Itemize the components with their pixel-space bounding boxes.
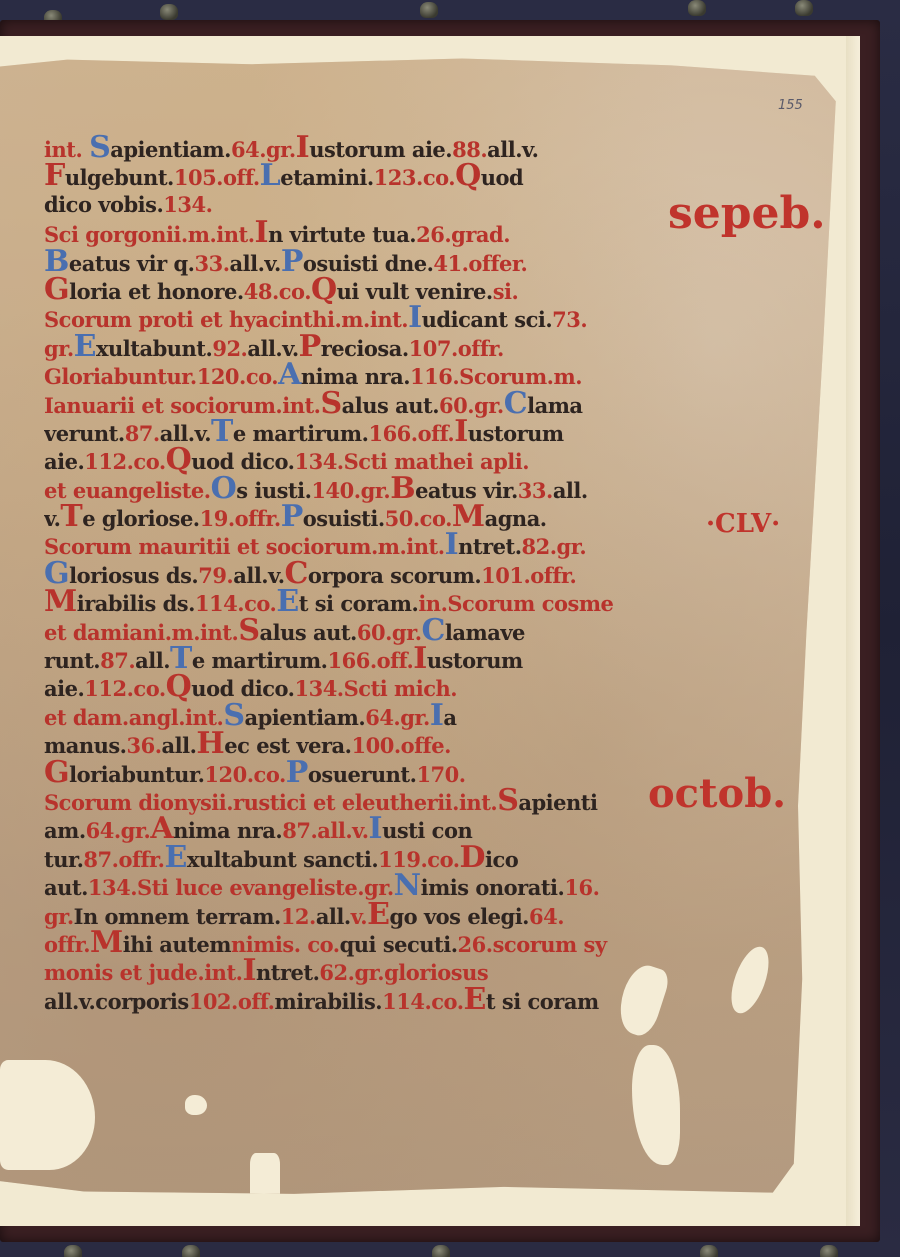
chant-text: t si coram.: [299, 591, 419, 616]
rubric-text: offr.: [44, 932, 90, 957]
manuscript-line: int. Sapientiam.64.gr.Iustorum aie.88.al…: [44, 134, 664, 162]
chant-text: lamave: [445, 620, 525, 645]
red-initial: I: [242, 957, 256, 985]
rubric-text: 41.offer.: [433, 251, 527, 276]
red-initial: M: [90, 929, 123, 957]
rubric-text: 107.offr.: [409, 336, 504, 361]
chant-text: reciosa.: [321, 336, 409, 361]
pin-icon: [420, 2, 438, 18]
manuscript-line: Gloriabuntur.120.co.Posuerunt.170.: [44, 759, 664, 787]
chant-text: all.: [135, 648, 170, 673]
red-initial: I: [255, 219, 269, 247]
blue-initial: P: [281, 248, 303, 276]
manuscript-line: Scorum dionysii.rustici et eleutherii.in…: [44, 787, 664, 815]
margin-month-october: octob.: [648, 770, 786, 817]
blue-initial: O: [211, 475, 237, 503]
chant-text: eatus vir.: [415, 478, 518, 503]
rubric-text: 134.: [163, 192, 212, 217]
manuscript-line: gr.Exultabunt.92.all.v.Preciosa.107.offr…: [44, 333, 664, 361]
chant-text: ustorum: [427, 648, 523, 673]
rubric-text: nimis. co.: [231, 932, 340, 957]
chant-text: agna.: [485, 506, 547, 531]
red-initial: S: [321, 390, 342, 418]
red-initial: E: [464, 986, 486, 1014]
chant-text: all.v.: [44, 989, 95, 1014]
rubric-text: gr.: [44, 904, 74, 929]
rubric-text: 140.gr.: [311, 478, 390, 503]
rubric-text: int.: [44, 137, 89, 162]
rubric-text: v.: [351, 904, 367, 929]
manuscript-line: et damiani.m.int.Salus aut.60.gr.Clamave: [44, 617, 664, 645]
manuscript-line: Beatus vir q.33.all.v.Posuisti dne.41.of…: [44, 248, 664, 276]
manuscript-line: aut.134.Sti luce evangeliste.gr.Nimis on…: [44, 872, 664, 900]
rubric-text: Sci gorgonii.m.int.: [44, 222, 255, 247]
rubric-text: Gloriabuntur.: [44, 364, 197, 389]
manuscript-text-block: int. Sapientiam.64.gr.Iustorum aie.88.al…: [44, 134, 664, 1014]
manuscript-line: aie.112.co.Quod dico.134.Scti mich.: [44, 673, 664, 701]
chant-text: e martirum.: [192, 648, 328, 673]
rubric-text: 166.off.: [327, 648, 413, 673]
chant-text: uod dico.: [191, 449, 294, 474]
rubric-text: 134.Sti luce evangeliste.gr.: [88, 875, 394, 900]
chant-text: runt.: [44, 648, 100, 673]
chant-text: aie.: [44, 449, 84, 474]
chant-text: usti con: [382, 818, 472, 843]
rubric-text: et dam.angl.int.: [44, 705, 223, 730]
rubric-text: 134.: [294, 449, 343, 474]
chant-text: t si coram: [486, 989, 599, 1014]
manuscript-line: am.64.gr.Anima nra.87.all.v.Iusti con: [44, 815, 664, 843]
parchment-loss: [185, 1095, 207, 1115]
blue-initial: P: [281, 503, 303, 531]
rubric-text: 33.: [518, 478, 553, 503]
chant-text: ustorum: [468, 421, 564, 446]
manuscript-line: aie.112.co.Quod dico.134.Scti mathei apl…: [44, 446, 664, 474]
red-initial: Q: [455, 162, 481, 190]
chant-text: qui secuti.: [340, 932, 458, 957]
chant-text: lama: [527, 393, 582, 418]
chant-text: orpora scorum.: [308, 563, 481, 588]
chant-text: mirabilis.: [275, 989, 383, 1014]
rubric-text: 166.off.: [368, 421, 454, 446]
manuscript-line: Gloria et honore.48.co.Qui vult venire.s…: [44, 276, 664, 304]
blue-initial: I: [445, 531, 459, 559]
margin-month-september: sepeb.: [668, 188, 826, 239]
blue-initial: A: [278, 361, 301, 389]
rubric-text: 87.offr.: [83, 847, 164, 872]
rubric-text: et euangeliste.: [44, 478, 211, 503]
chant-text: aut.: [44, 875, 88, 900]
red-initial: D: [460, 844, 486, 872]
rubric-text: Scorum mauritii et sociorum.m.int.: [44, 534, 445, 559]
blue-initial: P: [286, 759, 308, 787]
chant-text: s iusti.: [236, 478, 311, 503]
pin-icon: [182, 1245, 200, 1257]
rubric-text: Scorum dionysii.rustici et eleutherii.in…: [44, 790, 497, 815]
red-initial: F: [44, 162, 65, 190]
blue-initial: S: [89, 134, 110, 162]
blue-initial: I: [430, 702, 444, 730]
rubric-text: 114.co.: [382, 989, 463, 1014]
chant-text: e gloriose.: [82, 506, 199, 531]
chant-text: go vos elegi.: [389, 904, 529, 929]
manuscript-line: Sci gorgonii.m.int.In virtute tua.26.gra…: [44, 219, 664, 247]
chant-text: n virtute tua.: [268, 222, 416, 247]
blue-initial: E: [276, 588, 298, 616]
chant-text: manus.: [44, 733, 127, 758]
red-initial: Q: [166, 673, 192, 701]
rubric-text: 105.off.: [174, 165, 260, 190]
chant-text: verunt.: [44, 421, 125, 446]
rubric-text: 64.gr.: [231, 137, 296, 162]
manuscript-line: all.v.corporis102.off.mirabilis.114.co.E…: [44, 986, 664, 1014]
rubric-text: 87.: [125, 421, 160, 446]
rubric-text: 26.grad.: [416, 222, 510, 247]
chant-text: all.v.: [230, 251, 281, 276]
chant-text: ico: [485, 847, 518, 872]
chant-text: ntret.: [256, 960, 319, 985]
red-initial: E: [367, 901, 389, 929]
chant-text: imis onorati.: [421, 875, 565, 900]
rubric-text: 19.offr.: [200, 506, 281, 531]
chant-text: all.v.: [160, 421, 211, 446]
rubric-text: 116.Scorum.m.: [410, 364, 582, 389]
chant-text: apienti: [518, 790, 597, 815]
chant-text: ec est vera.: [224, 733, 351, 758]
chant-text: alus aut.: [259, 620, 356, 645]
chant-text: apientiam.: [110, 137, 231, 162]
chant-text: ulgebunt.: [65, 165, 174, 190]
chant-text: ntret.: [458, 534, 521, 559]
rubric-text: 12.: [281, 904, 316, 929]
blue-initial: T: [211, 418, 233, 446]
rubric-text: 36.: [127, 733, 162, 758]
red-initial: G: [44, 759, 69, 787]
rubric-text: 88.: [452, 137, 487, 162]
chant-text: dico vobis.: [44, 192, 163, 217]
pin-icon: [64, 1245, 82, 1257]
red-initial: Q: [166, 446, 192, 474]
rubric-text: 120.co.: [204, 762, 285, 787]
chant-text: nima nra.: [301, 364, 410, 389]
rubric-text: 62.gr.gloriosus: [319, 960, 488, 985]
blue-initial: C: [422, 617, 445, 645]
rubric-text: si.: [493, 279, 519, 304]
chant-text: all.v.: [487, 137, 538, 162]
red-initial: Q: [311, 276, 337, 304]
chant-text: v.: [44, 506, 60, 531]
blue-initial: C: [504, 390, 527, 418]
manuscript-line: Scorum mauritii et sociorum.m.int.Intret…: [44, 531, 664, 559]
rubric-text: in.Scorum cosme: [418, 591, 613, 616]
blue-initial: L: [260, 162, 281, 190]
rubric-text: 170.: [416, 762, 465, 787]
manuscript-line: manus.36.all.Hec est vera.100.offe.: [44, 730, 664, 758]
rubric-text: 33.: [194, 251, 229, 276]
manuscript-line: Mirabilis ds.114.co.Et si coram.in.Scoru…: [44, 588, 664, 616]
rubric-text: 114.co.: [195, 591, 276, 616]
manuscript-line: tur.87.offr.Exultabunt sancti.119.co.Dic…: [44, 844, 664, 872]
rubric-text: 50.co.: [385, 506, 452, 531]
manuscript-line: offr.Mihi autemnimis. co.qui secuti.26.s…: [44, 929, 664, 957]
rubric-text: 64.gr.: [86, 818, 151, 843]
rubric-text: 120.co.: [197, 364, 278, 389]
manuscript-line: monis et jude.int.Intret.62.gr.gloriosus: [44, 957, 664, 985]
manuscript-line: verunt.87.all.v.Te martirum.166.off.Iust…: [44, 418, 664, 446]
chant-text: irabilis ds.: [77, 591, 195, 616]
manuscript-line: et dam.angl.int.Sapientiam.64.gr.Ia: [44, 702, 664, 730]
blue-initial: T: [170, 645, 192, 673]
chant-text: apientiam.: [244, 705, 365, 730]
chant-text: all.: [553, 478, 588, 503]
rubric-text: 26.scorum sy: [458, 932, 607, 957]
red-initial: M: [452, 503, 485, 531]
rubric-text: 102.off.: [189, 989, 275, 1014]
blue-initial: E: [164, 844, 186, 872]
folio-number: 155: [778, 98, 803, 113]
blue-initial: G: [44, 560, 69, 588]
rubric-text: et damiani.m.int.: [44, 620, 238, 645]
chant-text: xultabunt.: [96, 336, 212, 361]
chant-text: ui vult venire.: [337, 279, 493, 304]
rubric-text: 123.co.: [374, 165, 455, 190]
rubric-text: 87.all.v.: [282, 818, 368, 843]
red-initial: S: [497, 787, 518, 815]
pin-icon: [795, 0, 813, 16]
chant-text: eatus vir q.: [69, 251, 195, 276]
manuscript-line: dico vobis.134.: [44, 191, 664, 219]
manuscript-line: v.Te gloriose.19.offr.Posuisti.50.co.Mag…: [44, 503, 664, 531]
chant-text: e martirum.: [233, 421, 369, 446]
chant-text: ihi autem: [123, 932, 231, 957]
rubric-text: Scorum proti et hyacinthi.m.int.: [44, 307, 408, 332]
manuscript-line: Gloriosus ds.79.all.v.Corpora scorum.101…: [44, 560, 664, 588]
pin-icon: [432, 1245, 450, 1257]
chant-text: tur.: [44, 847, 83, 872]
pin-icon: [688, 0, 706, 16]
rubric-text: 60.gr.: [357, 620, 422, 645]
rubric-text: 92.: [212, 336, 247, 361]
chant-text: all.v.: [247, 336, 298, 361]
red-initial: A: [150, 815, 173, 843]
red-initial: H: [196, 730, 224, 758]
parchment-loss: [0, 1060, 95, 1170]
blue-initial: I: [369, 815, 383, 843]
rubric-text: 73.: [552, 307, 587, 332]
rubric-text: 64.: [529, 904, 564, 929]
pin-icon: [820, 1245, 838, 1257]
red-initial: C: [285, 560, 308, 588]
chant-text: In omnem terram.: [74, 904, 281, 929]
blue-initial: N: [394, 872, 421, 900]
chant-text: udicant sci.: [422, 307, 553, 332]
blue-initial: E: [74, 333, 96, 361]
manuscript-line: et euangeliste.Os iusti.140.gr.Beatus vi…: [44, 475, 664, 503]
chant-text: ustorum aie.: [309, 137, 452, 162]
rubric-text: 82.gr.: [522, 534, 587, 559]
red-initial: I: [296, 134, 310, 162]
red-initial: P: [299, 333, 321, 361]
chant-text: osuisti dne.: [303, 251, 434, 276]
chant-text: aie.: [44, 676, 84, 701]
chant-text: all.: [316, 904, 351, 929]
chant-text: nima nra.: [173, 818, 282, 843]
rubric-text: 134.Scti mich.: [294, 676, 457, 701]
rubric-text: 112.co.: [84, 676, 165, 701]
parchment-loss: [724, 942, 776, 1018]
rubric-text: 64.gr.: [365, 705, 430, 730]
rubric-text: monis et jude.int.: [44, 960, 242, 985]
rubric-text: 100.offe.: [351, 733, 450, 758]
pin-icon: [700, 1245, 718, 1257]
mount-edge: [846, 36, 860, 1226]
manuscript-line: Scorum proti et hyacinthi.m.int.Iudicant…: [44, 304, 664, 332]
manuscript-line: Gloriabuntur.120.co.Anima nra.116.Scorum…: [44, 361, 664, 389]
rubric-text: Scti mathei apli.: [344, 449, 529, 474]
red-initial: I: [413, 645, 427, 673]
pin-icon: [160, 4, 178, 20]
blue-initial: S: [223, 702, 244, 730]
chant-text: loriosus ds.: [69, 563, 198, 588]
rubric-text: 119.co.: [378, 847, 459, 872]
chant-text: a: [443, 705, 456, 730]
blue-initial: B: [44, 248, 69, 276]
rubric-text: 48.co.: [244, 279, 311, 304]
red-initial: B: [390, 475, 415, 503]
chant-text: alus aut.: [342, 393, 439, 418]
blue-initial: I: [408, 304, 422, 332]
chant-text: all.: [162, 733, 197, 758]
chant-text: all.v.: [233, 563, 284, 588]
rubric-text: 101.offr.: [481, 563, 576, 588]
chant-text: xultabunt sancti.: [187, 847, 378, 872]
chant-text: loria et honore.: [69, 279, 244, 304]
red-initial: S: [238, 617, 259, 645]
parchment-loss: [632, 1045, 680, 1165]
manuscript-line: gr.In omnem terram.12.all.v.Ego vos eleg…: [44, 901, 664, 929]
manuscript-line: Ianuarii et sociorum.int.Salus aut.60.gr…: [44, 390, 664, 418]
manuscript-line: runt.87.all.Te martirum.166.off.Iustorum: [44, 645, 664, 673]
chant-text: uod: [481, 165, 523, 190]
manuscript-line: Fulgebunt.105.off.Letamini.123.co.Quod: [44, 162, 664, 190]
margin-folio-roman: ·CLV·: [706, 509, 780, 539]
rubric-text: 60.gr.: [439, 393, 504, 418]
rubric-text: 112.co.: [84, 449, 165, 474]
chant-text: corporis: [95, 989, 188, 1014]
red-initial: G: [44, 276, 69, 304]
rubric-text: Ianuarii et sociorum.int.: [44, 393, 321, 418]
rubric-text: 16.: [564, 875, 599, 900]
chant-text: osuerunt.: [308, 762, 417, 787]
chant-text: am.: [44, 818, 86, 843]
chant-text: osuisti.: [303, 506, 385, 531]
red-initial: M: [44, 588, 77, 616]
chant-text: loriabuntur.: [69, 762, 204, 787]
rubric-text: 79.: [198, 563, 233, 588]
chant-text: etamini.: [280, 165, 373, 190]
rubric-text: 87.: [100, 648, 135, 673]
chant-text: uod dico.: [191, 676, 294, 701]
rubric-text: gr.: [44, 336, 74, 361]
red-initial: T: [60, 503, 82, 531]
red-initial: I: [454, 418, 468, 446]
